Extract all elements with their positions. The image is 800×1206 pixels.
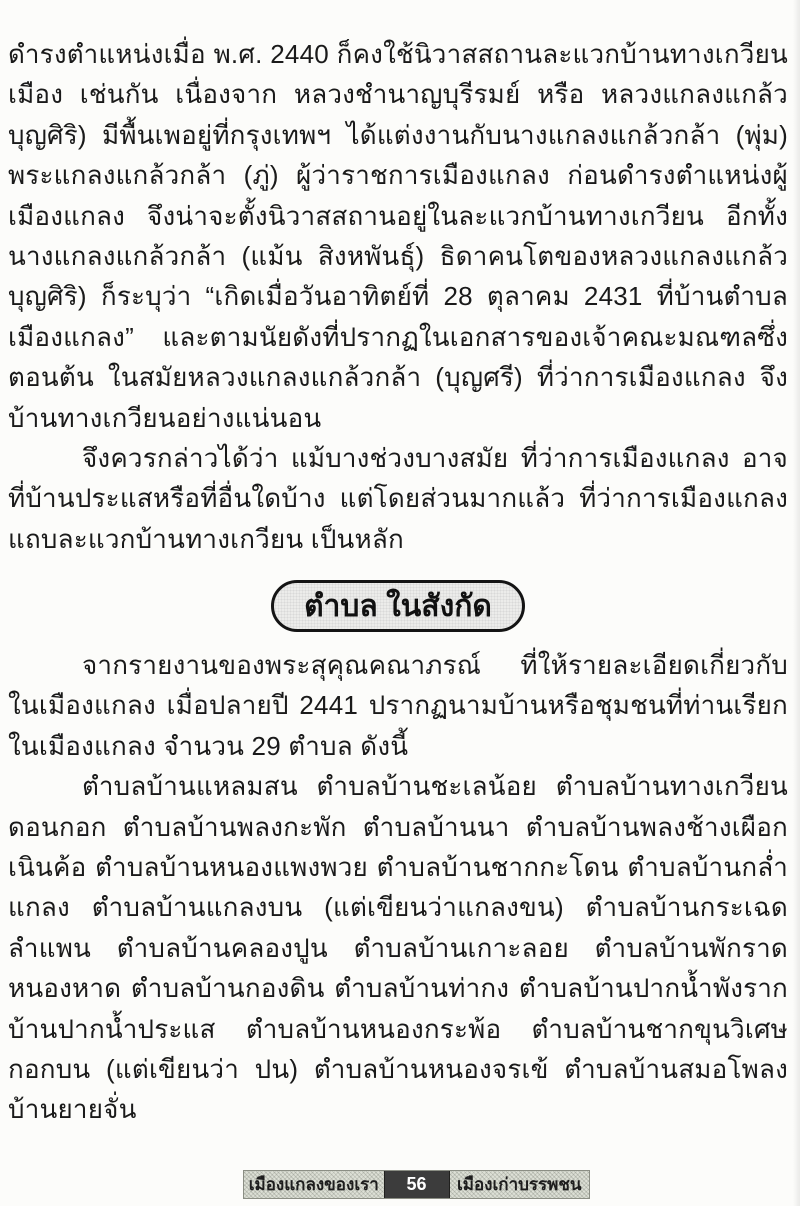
paragraph: ดำรงตำแหน่งเมื่อ พ.ศ. 2440 ก็คงใช้นิวาสส… [8, 34, 788, 438]
body-text-after-heading: จากรายงานของพระสุคุณคณาภรณ์ ที่ให้รายละเ… [8, 645, 788, 1130]
text-line: ตำบลบ้านแหลมสน ตำบลบ้านชะเลน้อย ตำบลบ้าน… [8, 766, 788, 806]
text-line: จึงควรกล่าวได้ว่า แม้บางช่วงบางสมัย ที่ว… [8, 438, 788, 478]
paragraph: จึงควรกล่าวได้ว่า แม้บางช่วงบางสมัย ที่ว… [8, 438, 788, 559]
text-line: เมือง เช่นกัน เนื่องจาก หลวงชำนาญบุรีรมย… [8, 74, 788, 114]
body-text-before-heading: ดำรงตำแหน่งเมื่อ พ.ศ. 2440 ก็คงใช้นิวาสส… [8, 34, 788, 559]
page-number-badge: 56 [384, 1171, 450, 1198]
section-heading-text: ตำบล ในสังกัด [304, 583, 492, 630]
text-line: แกลง ตำบลบ้านแกลงบน (แต่เขียนว่าแกลงขน) … [8, 887, 788, 927]
section-heading-pill: ตำบล ในสังกัด [271, 580, 525, 632]
text-line: เมืองแกลง” และตามนัยดังที่ปรากฏในเอกสารข… [8, 317, 788, 357]
text-line: บ้านปากน้ำประแส ตำบลบ้านหนองกระพ้อ ตำบลบ… [8, 1009, 788, 1049]
page-number: 56 [406, 1174, 426, 1195]
text-line: ลำแพน ตำบลบ้านคลองปูน ตำบลบ้านเกาะลอย ตำ… [8, 928, 788, 968]
text-line: ตอนต้น ในสมัยหลวงแกลงแกล้วกล้า (บุญศรี) … [8, 357, 788, 397]
footer-book-title-right: เมืองเก่าบรรพชน [450, 1171, 590, 1198]
text-line: ที่บ้านประแสหรือที่อื่นใดบ้าง แต่โดยส่วน… [8, 478, 788, 518]
text-line: นางแกลงแกล้วกล้า (แม้น สิงหพันธุ์) ธิดาค… [8, 236, 788, 276]
text-line: ดอนกอก ตำบลบ้านพลงกะพัก ตำบลบ้านนา ตำบลบ… [8, 807, 788, 847]
text-line: แถบละแวกบ้านทางเกวียน เป็นหลัก [8, 519, 788, 559]
text-line: พระแกลงแกล้วกล้า (ภู่) ผู้ว่าราชการเมือง… [8, 155, 788, 195]
footer-banner: เมืองแกลงของเรา 56 เมืองเก่าบรรพชน [243, 1170, 590, 1199]
text-line: บุญศิริ) ก็ระบุว่า “เกิดเมื่อวันอาทิตย์ท… [8, 276, 788, 316]
paragraph: ตำบลบ้านแหลมสน ตำบลบ้านชะเลน้อย ตำบลบ้าน… [8, 766, 788, 1130]
page-text-column: ดำรงตำแหน่งเมื่อ พ.ศ. 2440 ก็คงใช้นิวาสส… [8, 34, 788, 1130]
text-line: บ้านยายจั่น [8, 1089, 788, 1129]
footer-book-title-left: เมืองแกลงของเรา [244, 1171, 384, 1198]
text-line: บุญศิริ) มีพื้นเพอยู่ที่กรุงเทพฯ ได้แต่ง… [8, 115, 788, 155]
text-line: เมืองแกลง จึงน่าจะตั้งนิวาสสถานอยู่ในละแ… [8, 196, 788, 236]
text-line: ดำรงตำแหน่งเมื่อ พ.ศ. 2440 ก็คงใช้นิวาสส… [8, 34, 788, 74]
section-heading-row: ตำบล ในสังกัด [8, 580, 788, 632]
paragraph: จากรายงานของพระสุคุณคณาภรณ์ ที่ให้รายละเ… [8, 645, 788, 766]
text-line: ในเมืองแกลง จำนวน 29 ตำบล ดังนี้ [8, 726, 788, 766]
scanned-book-page: ดำรงตำแหน่งเมื่อ พ.ศ. 2440 ก็คงใช้นิวาสส… [0, 0, 800, 1206]
text-line: กอกบน (แต่เขียนว่า ปน) ตำบลบ้านหนองจรเข้… [8, 1049, 788, 1089]
text-line: หนองหาด ตำบลบ้านกองดิน ตำบลบ้านท่ากง ตำบ… [8, 968, 788, 1008]
text-line: ในเมืองแกลง เมื่อปลายปี 2441 ปรากฏนามบ้า… [8, 685, 788, 725]
text-line: บ้านทางเกวียนอย่างแน่นอน [8, 398, 788, 438]
text-line: จากรายงานของพระสุคุณคณาภรณ์ ที่ให้รายละเ… [8, 645, 788, 685]
text-line: เนินค้อ ตำบลบ้านหนองแพงพวย ตำบลบ้านชากกะ… [8, 847, 788, 887]
